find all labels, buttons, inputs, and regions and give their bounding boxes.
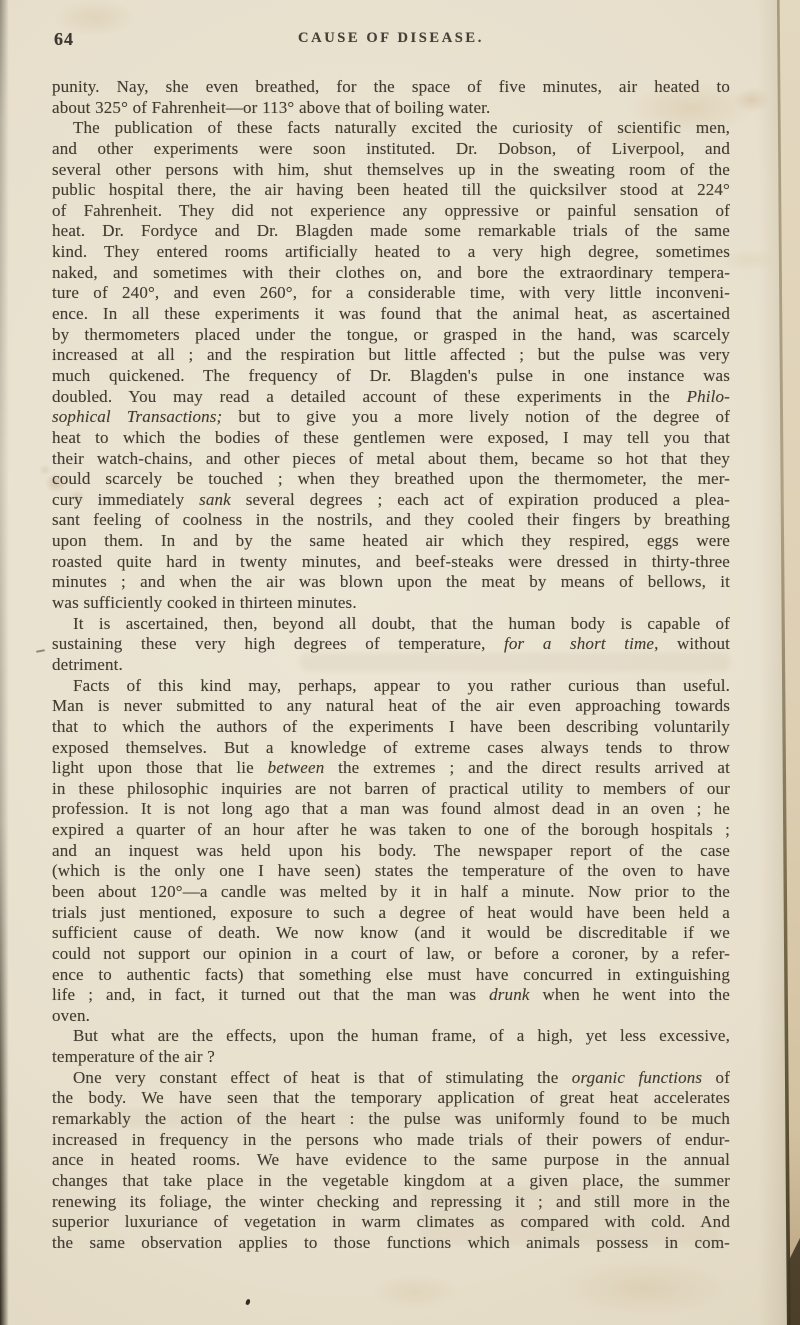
running-title: CAUSE OF DISEASE. [52, 30, 730, 47]
text-line: in these philosophic inquiries are not b… [52, 779, 730, 800]
text-line: heat to which the bodies of these gentle… [52, 428, 730, 449]
text-line: the body. We have seen that the temporar… [52, 1088, 730, 1109]
text-line: changes that take place in the vegetable… [52, 1171, 730, 1192]
text-line: the same observation applies to those fu… [52, 1233, 730, 1254]
text-line: Man is never submitted to any natural he… [52, 696, 730, 717]
text-block: punity. Nay, she even breathed, for the … [52, 77, 730, 1254]
text-line: by thermometers placed under the tongue,… [52, 325, 730, 346]
text-line: expired a quarter of an hour after he wa… [52, 820, 730, 841]
text-line: sufficient cause of death. We now know (… [52, 923, 730, 944]
text-line: life ; and, in fact, it turned out that … [52, 985, 730, 1006]
text-line: much quickened. The frequency of Dr. Bla… [52, 366, 730, 387]
text-line: ance in heated rooms. We have evidence t… [52, 1150, 730, 1171]
text-line: upon them. In and by the same heated air… [52, 531, 730, 552]
text-line: (which is the only one I have seen) stat… [52, 861, 730, 882]
text-line: heat. Dr. Fordyce and Dr. Blagden made s… [52, 221, 730, 242]
text-line: trials just mentioned, exposure to such … [52, 903, 730, 924]
page-curl-shadow [758, 0, 786, 1325]
text-line: was sufficiently cooked in thirteen minu… [52, 593, 730, 614]
text-line: minutes ; and when the air was blown upo… [52, 572, 730, 593]
text-line: punity. Nay, she even breathed, for the … [52, 77, 730, 98]
text-line: could not support our opinion in a court… [52, 944, 730, 965]
text-line: several other persons with him, shut the… [52, 160, 730, 181]
text-line: remarkably the action of the heart : the… [52, 1109, 730, 1130]
text-line: Facts of this kind may, perhaps, appear … [52, 676, 730, 697]
text-line: sant feeling of coolness in the nostrils… [52, 510, 730, 531]
text-line: their watch-chains, and other pieces of … [52, 449, 730, 470]
text-line: But what are the effects, upon the human… [52, 1026, 730, 1047]
text-line: and other experiments were soon institut… [52, 139, 730, 160]
text-line: doubled. You may read a detailed account… [52, 387, 730, 408]
text-line: sustaining these very high degrees of te… [52, 634, 730, 655]
text-line: sophical Transactions; but to give you a… [52, 407, 730, 428]
text-line: The publication of these facts naturally… [52, 118, 730, 139]
text-line: cury immediately sank several degrees ; … [52, 490, 730, 511]
text-line: exposed themselves. But a knowledge of e… [52, 738, 730, 759]
text-line: of Fahrenheit. They did not experience a… [52, 201, 730, 222]
text-line: temperature of the air ? [52, 1047, 730, 1068]
text-line: could scarcely be touched ; when they br… [52, 469, 730, 490]
text-line: It is ascertained, then, beyond all doub… [52, 614, 730, 635]
text-line: increased at all ; and the respiration b… [52, 345, 730, 366]
text-line: ence. In all these experiments it was fo… [52, 304, 730, 325]
text-line: and an inquest was held upon his body. T… [52, 841, 730, 862]
text-line: naked, and sometimes with their clothes … [52, 263, 730, 284]
text-line: One very constant effect of heat is that… [52, 1068, 730, 1089]
text-line: light upon those that lie between the ex… [52, 758, 730, 779]
ink-speck [245, 1299, 251, 1306]
text-line: public hospital there, the air having be… [52, 180, 730, 201]
text-line: roasted quite hard in twenty minutes, an… [52, 552, 730, 573]
text-line: kind. They entered rooms artificially he… [52, 242, 730, 263]
text-line: increased in frequency in the persons wh… [52, 1130, 730, 1151]
text-line: ence to authentic facts) that something … [52, 965, 730, 986]
text-line: that to which the authors of the experim… [52, 717, 730, 738]
margin-pen-mark [36, 649, 45, 653]
text-line: detriment. [52, 655, 730, 676]
text-line: been about 120°—a candle was melted by i… [52, 882, 730, 903]
text-line: oven. [52, 1006, 730, 1027]
text-line: profession. It is not long ago that a ma… [52, 799, 730, 820]
text-line: ture of 240°, and even 260°, for a consi… [52, 283, 730, 304]
text-line: about 325° of Fahrenheit—or 113° above t… [52, 98, 730, 119]
book-page-scan: 64 CAUSE OF DISEASE. punity. Nay, she ev… [0, 0, 800, 1325]
text-line: superior luxuriance of vegetation in war… [52, 1212, 730, 1233]
running-header: 64 CAUSE OF DISEASE. [52, 28, 730, 50]
left-gutter-shadow [0, 0, 10, 1325]
text-line: renewing its foliage, the winter checkin… [52, 1192, 730, 1213]
